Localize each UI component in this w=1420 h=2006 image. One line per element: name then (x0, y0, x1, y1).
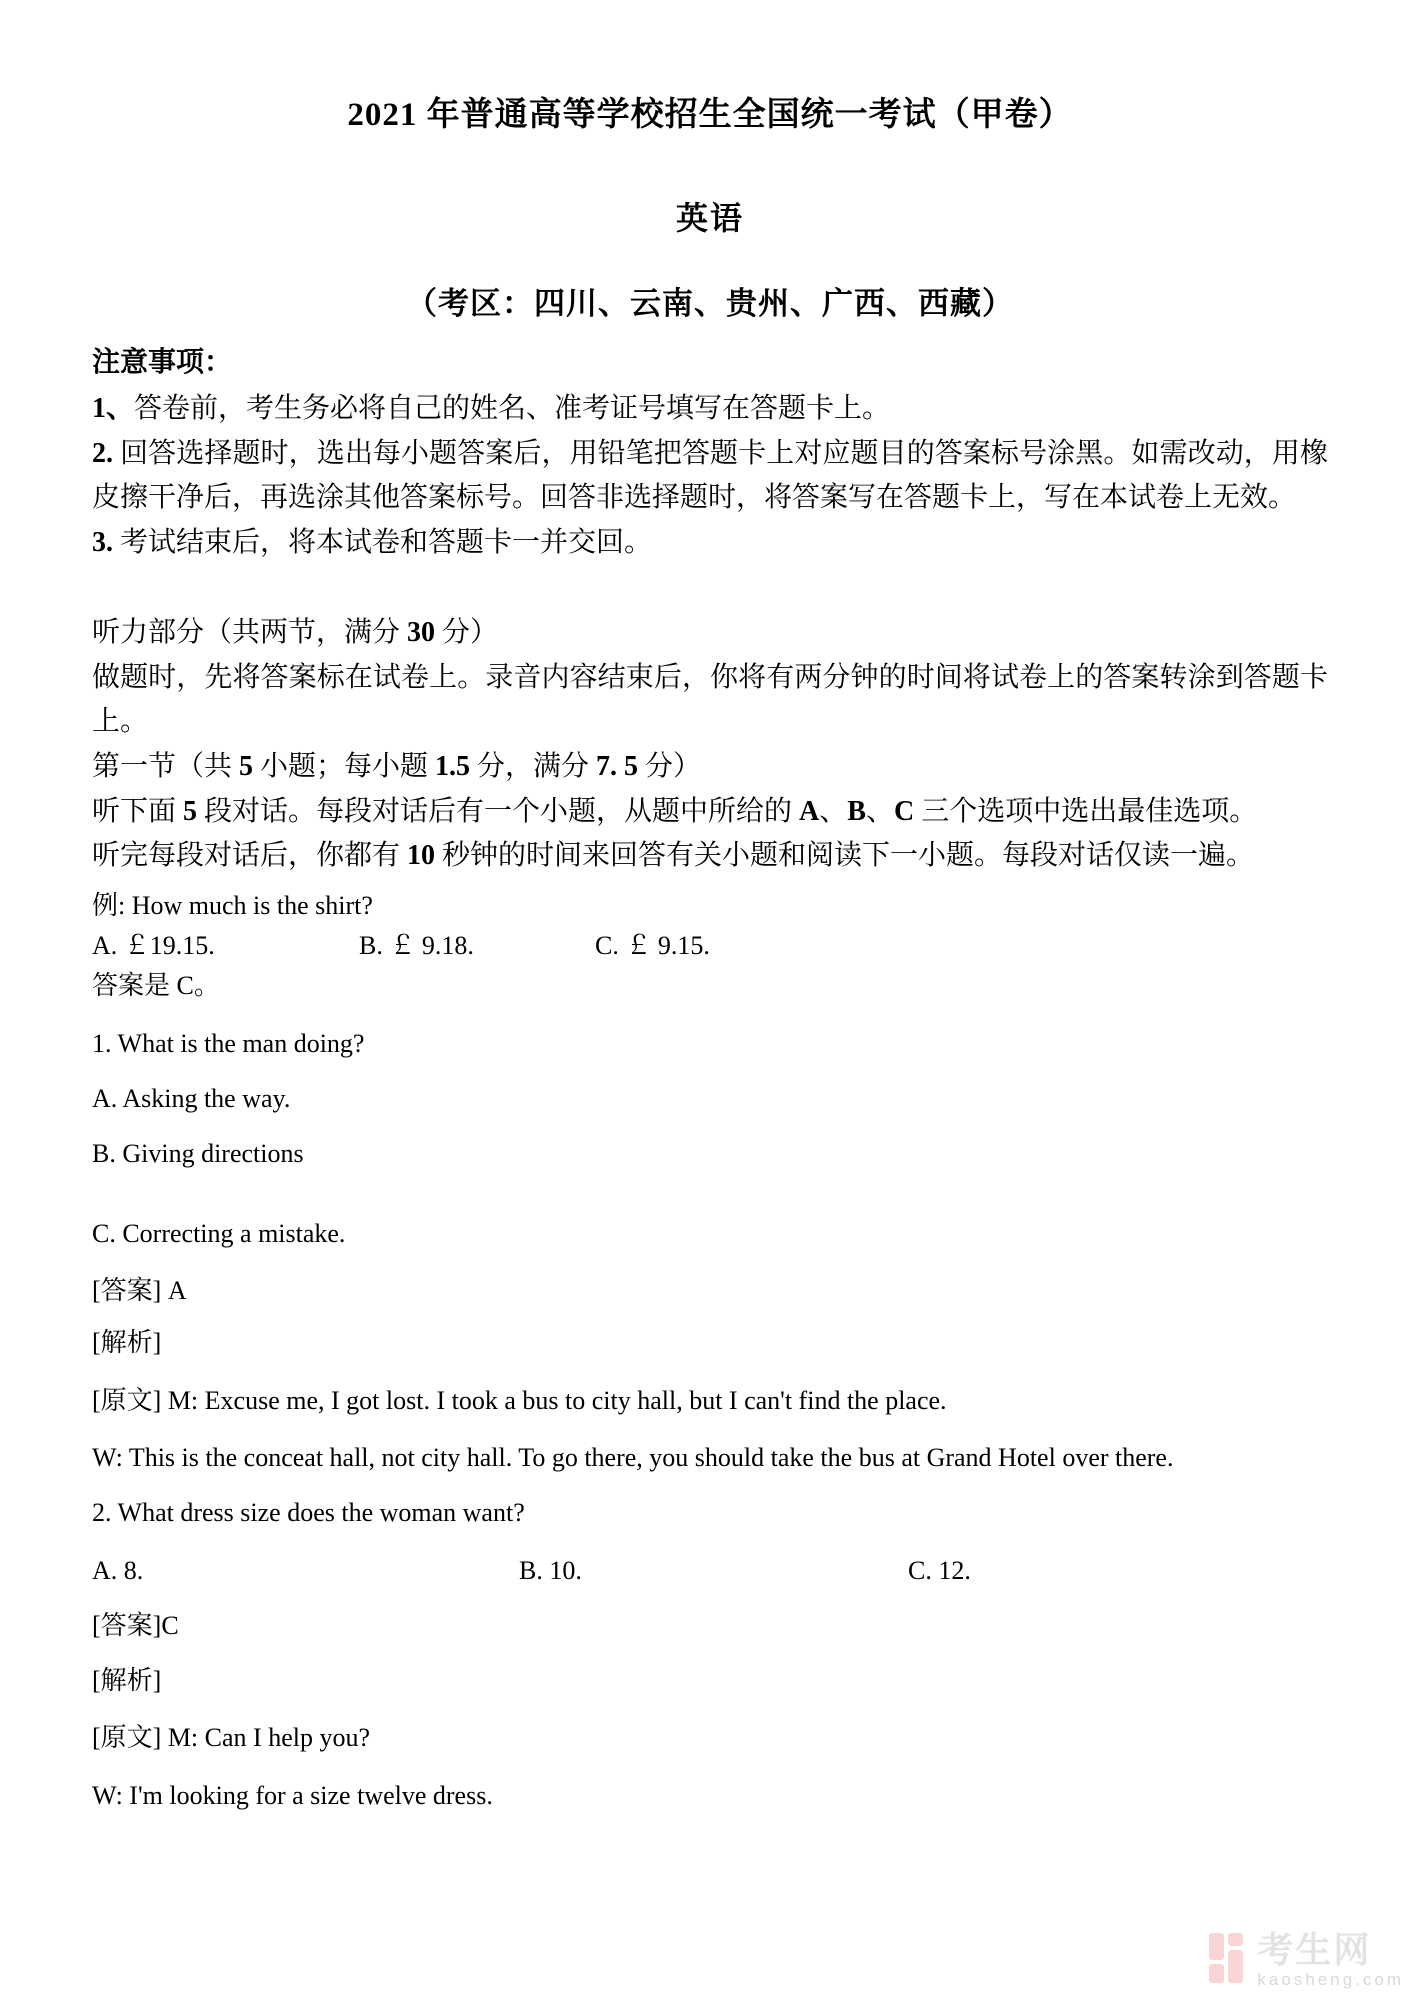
q2-option-b: B. 10. (519, 1551, 908, 1591)
q1-option-c: C. Correcting a mistake. (92, 1214, 1328, 1254)
notice-item-2: 2. 回答选择题时，选出每小题答案后，用铅笔把答题卡上对应题目的答案标号涂黑。如… (92, 432, 1328, 520)
example-question: 例: How much is the shirt? (92, 886, 1328, 926)
q2-transcript-w: W: I'm looking for a size twelve dress. (92, 1776, 1328, 1816)
section-one-direction-2: 听完每段对话后，你都有 10 秒钟的时间来回答有关小题和阅读下一小题。每段对话仅… (92, 834, 1328, 878)
question-2: 2. What dress size does the woman want? (92, 1493, 1328, 1533)
watermark-site-url: kaosheng.com (1257, 1971, 1404, 1988)
watermark-site-name: 考生网 (1257, 1932, 1404, 1968)
exam-paper-page: 2021 年普通高等学校招生全国统一考试（甲卷） 英语 （考区：四川、云南、贵州… (0, 0, 1420, 2006)
q2-analysis-label: [解析] (92, 1661, 1328, 1701)
watermark: 考生网 kaosheng.com (1209, 1932, 1404, 1988)
page-content: 2021 年普通高等学校招生全国统一考试（甲卷） 英语 （考区：四川、云南、贵州… (0, 94, 1420, 1816)
page-title: 2021 年普通高等学校招生全国统一考试（甲卷） (92, 94, 1328, 136)
watermark-text: 考生网 kaosheng.com (1257, 1932, 1404, 1988)
example-answer-note: 答案是 C。 (92, 966, 1328, 1006)
question-1: 1. What is the man doing? (92, 1024, 1328, 1064)
kaosheng-logo-icon (1209, 1933, 1245, 1988)
q2-options-row: A. 8. B. 10. C. 12. (92, 1551, 1328, 1591)
q2-answer-label: [答案]C (92, 1606, 1328, 1646)
notice-item-3: 3. 考试结束后，将本试卷和答题卡一并交回。 (92, 520, 1328, 566)
q1-transcript-w: W: This is the conceat hall, not city ha… (92, 1438, 1328, 1478)
region-line: （考区：四川、云南、贵州、广西、西藏） (92, 284, 1328, 324)
listening-instructions: 做题时，先将答案标在试卷上。录音内容结束后，你将有两分钟的时间将试卷上的答案转涂… (92, 656, 1328, 744)
notices-heading: 注意事项： (92, 340, 1328, 386)
q1-answer-label: [答案] A (92, 1271, 1328, 1311)
example-option-a: A. ￡19.15. (92, 926, 359, 966)
q1-analysis-label: [解析] (92, 1323, 1328, 1363)
notice-item-1: 1、答卷前，考生务必将自己的姓名、准考证号填写在答题卡上。 (92, 386, 1328, 432)
example-options-row: A. ￡19.15. B. ￡ 9.18. C. ￡ 9.15. (92, 926, 1328, 966)
q2-option-c: C. 12. (908, 1551, 971, 1591)
q2-option-a: A. 8. (92, 1551, 519, 1591)
subject-title: 英语 (92, 198, 1328, 238)
q1-option-b: B. Giving directions (92, 1134, 1328, 1174)
listening-part-header: 听力部分（共两节，满分 30 分） (92, 610, 1328, 656)
q1-transcript-m: [原文] M: Excuse me, I got lost. I took a … (92, 1381, 1328, 1421)
example-option-b: B. ￡ 9.18. (359, 926, 595, 966)
section-one-header: 第一节（共 5 小题；每小题 1.5 分，满分 7. 5 分） (92, 744, 1328, 790)
q1-option-a: A. Asking the way. (92, 1079, 1328, 1119)
section-one-direction-1: 听下面 5 段对话。每段对话后有一个小题，从题中所给的 A、B、C 三个选项中选… (92, 790, 1328, 834)
q2-transcript-m: [原文] M: Can I help you? (92, 1718, 1328, 1758)
example-option-c: C. ￡ 9.15. (595, 926, 710, 966)
